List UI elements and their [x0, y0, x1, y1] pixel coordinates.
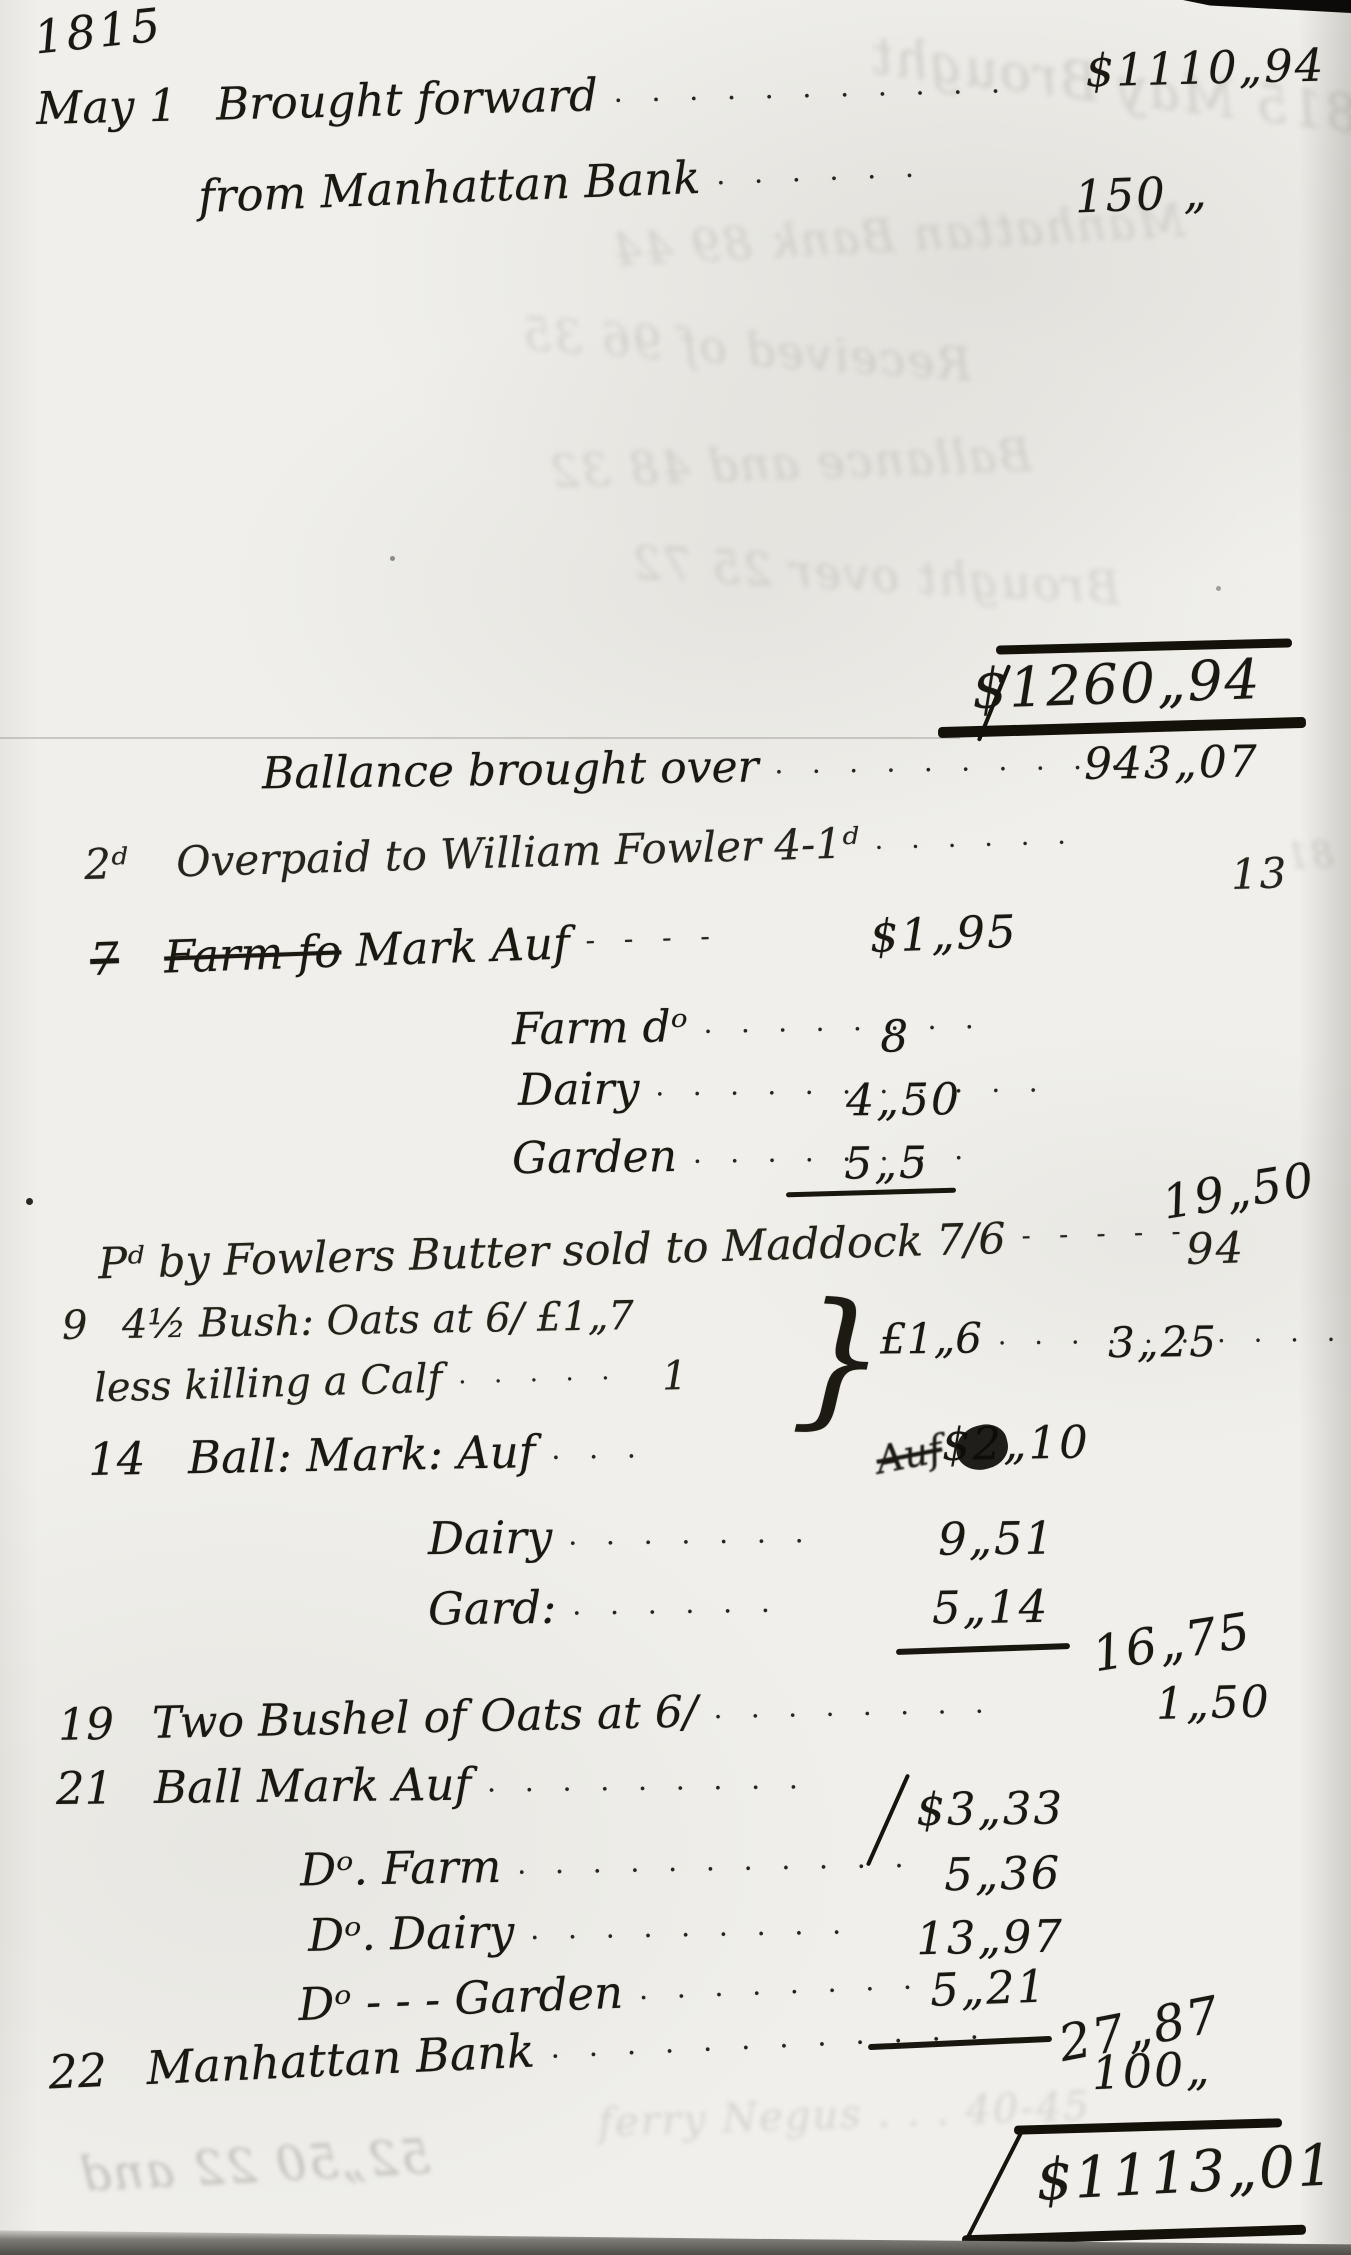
entry-description: Gard:: [428, 1581, 557, 1636]
ledger-row: May 1Brought forward. . . . . . . . . . …: [35, 58, 1020, 135]
entry-description: 4½ Bush: Oats at 6/ £1„7: [122, 1293, 635, 1348]
ledger-row: 94½ Bush: Oats at 6/ £1„7: [62, 1293, 635, 1349]
entry-date: 2ᵈ: [84, 837, 177, 889]
ledger-row: 19Two Bushel of Oats at 6/. . . . . . . …: [58, 1680, 1005, 1751]
ledger-row-value: £1„6. . . . . . . . . . 3„25: [880, 1310, 1351, 1364]
ledger-subrow: Dairy. . . . . . . 9„51: [428, 1508, 824, 1565]
entry-date: 9: [62, 1302, 123, 1349]
bleed-through-text: 52„50 22 and: [77, 2129, 432, 2203]
entry-amount: 1: [661, 1353, 690, 1400]
ink-speck: [1216, 586, 1221, 591]
entry-amount: 94: [1186, 1223, 1246, 1275]
entry-description: Dairy: [518, 1064, 640, 1116]
dot-leader: . . . . . . .: [568, 1516, 814, 1552]
dot-leader: . . . . . .: [572, 1586, 780, 1622]
dot-leader: . . . . . .: [874, 820, 1076, 856]
ledger-row: 14Ball: Mark: Auf. . . Auf $2„10: [88, 1423, 657, 1486]
entry-date: 14: [88, 1431, 189, 1486]
entry-description: Mark Auf: [355, 916, 571, 976]
ink-speck: [390, 556, 395, 561]
entry-date: May 1: [35, 78, 216, 135]
entry-date: 7: [89, 931, 165, 987]
ledger-subrow: less killing a Calf. . . . . 1: [93, 1351, 629, 1412]
ink-speck: [26, 1198, 33, 1205]
entry-amount: 9„51: [938, 1512, 1056, 1566]
final-total-amount: $1113„01: [1034, 2132, 1336, 2214]
entry-date: 22: [47, 2041, 147, 2099]
entry-date: 19: [58, 1698, 153, 1751]
entry-description: Ballance brought over: [262, 741, 759, 799]
dollar-flourish: [963, 2128, 1025, 2244]
curly-brace: }: [789, 1270, 889, 1445]
ledger-subrow: Dᵒ. Dairy. . . . . . . . . 13„97: [308, 1899, 862, 1962]
dot-leader: . . . . . . . . .: [487, 1762, 808, 1798]
dash-leader: - - - -: [585, 919, 720, 957]
ledger-page: 1815 May Brought Manhattan Bank 89 44 Re…: [0, 0, 1351, 2255]
ledger-subrow: Dᵒ. Farm. . . . . . . . . . . 5„36: [300, 1833, 924, 1897]
ledger-row: 21Ball Mark Auf. . . . . . . . . $3„33: [56, 1754, 818, 1815]
dot-leader: . . . . . . . . . . . .: [550, 2012, 990, 2065]
entry-amount: 150 „: [1074, 165, 1209, 223]
ledger-row: 7Farm fo Mark Auf- - - - $1„95: [89, 911, 730, 986]
entry-description: Ball: Mark: Auf: [188, 1425, 536, 1484]
entry-description: Dᵒ. Dairy: [308, 1905, 515, 1962]
entry-amount: $1110„94: [1085, 39, 1326, 98]
entry-description: Farm dᵒ: [512, 1001, 689, 1055]
bleed-through-text: Ballance and 48 32: [547, 428, 1033, 499]
entry-description: Overpaid to William Fowler 4-1ᵈ: [175, 818, 859, 886]
sum-underline: [896, 1643, 1070, 1655]
entry-description: Dᵒ. Farm: [300, 1840, 502, 1897]
dot-leader: . . . . . . . .: [713, 1688, 994, 1725]
entry-date: 21: [56, 1761, 155, 1815]
struck-text: Farm fo: [163, 924, 342, 983]
entry-amount: 943„07: [1084, 736, 1259, 789]
ledger-row: 2ᵈOverpaid to William Fowler 4-1ᵈ. . . .…: [84, 812, 1087, 889]
group-total: 16„75: [1089, 1602, 1256, 1683]
entry-amount: 4„50: [846, 1074, 961, 1126]
entry-amount: $3„33: [916, 1781, 1064, 1836]
year-heading: 1815: [32, 0, 166, 65]
subtotal-amount: $1260„94: [971, 647, 1263, 721]
entry-amount: $1„95: [869, 905, 1019, 963]
entry-description: Two Bushel of Oats at 6/: [152, 1687, 699, 1749]
dot-leader: . . . . . . . . . . .: [613, 66, 1010, 109]
entry-amount: 13: [1230, 848, 1289, 899]
bleed-through-text: Received of 96 35: [519, 306, 974, 391]
scan-edge-artifact: [1183, 0, 1351, 13]
ledger-row: Ballance brought over. . . . . . . . . .…: [262, 736, 1177, 800]
entry-description: Brought forward: [215, 68, 598, 130]
faint-ruled-line: [0, 737, 960, 739]
dot-leader: . . . . . . . . . . .: [517, 1841, 914, 1881]
ledger-row: Pᵈ by Fowlers Butter sold to Maddock 7/6…: [98, 1209, 1202, 1290]
entry-amount: 100„: [1090, 2041, 1212, 2100]
ledger-subrow: Dairy. . . . . . . . . . . 4„50: [518, 1059, 1058, 1116]
entry-amount: 5„14: [932, 1580, 1050, 1635]
dot-leader: . . .: [551, 1431, 646, 1466]
entry-description: Garden: [512, 1131, 678, 1184]
ledger-subrow: Garden. . . . . . . . 5„5: [512, 1127, 984, 1185]
dot-leader: . . . . . . . . .: [530, 1907, 851, 1946]
dash-leader: - - - - -: [1021, 1216, 1191, 1252]
entry-amount: 13„97: [916, 1910, 1065, 1966]
entry-amount: 1„50: [1155, 1677, 1271, 1730]
ledger-subrow: Farm dᵒ. . . . . . . . 8: [512, 996, 994, 1055]
entry-description: Dairy: [428, 1511, 553, 1565]
dot-leader: . . . . . . . .: [693, 1135, 973, 1170]
bleed-through-text: Brought over 25 72: [629, 535, 1122, 615]
entry-description: Ball Mark Auf: [154, 1758, 472, 1814]
entry-amount: 8: [880, 1011, 911, 1063]
bleed-through-text: 81: [1283, 835, 1335, 879]
entry-amount: 5„36: [944, 1846, 1062, 1901]
ledger-subrow: Gard:. . . . . . 5„14: [428, 1577, 791, 1635]
entry-description: £1„6: [880, 1313, 982, 1363]
entry-amount: 5„5: [844, 1137, 930, 1189]
entry-description: Manhattan Bank: [145, 2024, 536, 2096]
dot-leader: . . . . . . . .: [703, 1004, 984, 1040]
entry-amount: 3„25: [1108, 1317, 1218, 1367]
entry-description: from Manhattan Bank: [197, 151, 701, 223]
dot-leader: . . . . . .: [716, 150, 925, 191]
entry-description: less killing a Calf: [93, 1356, 442, 1412]
dot-leader: . . . . . . . .: [638, 1962, 922, 2006]
dot-leader: . . . . .: [458, 1356, 620, 1389]
sum-underline: [786, 1188, 956, 1198]
